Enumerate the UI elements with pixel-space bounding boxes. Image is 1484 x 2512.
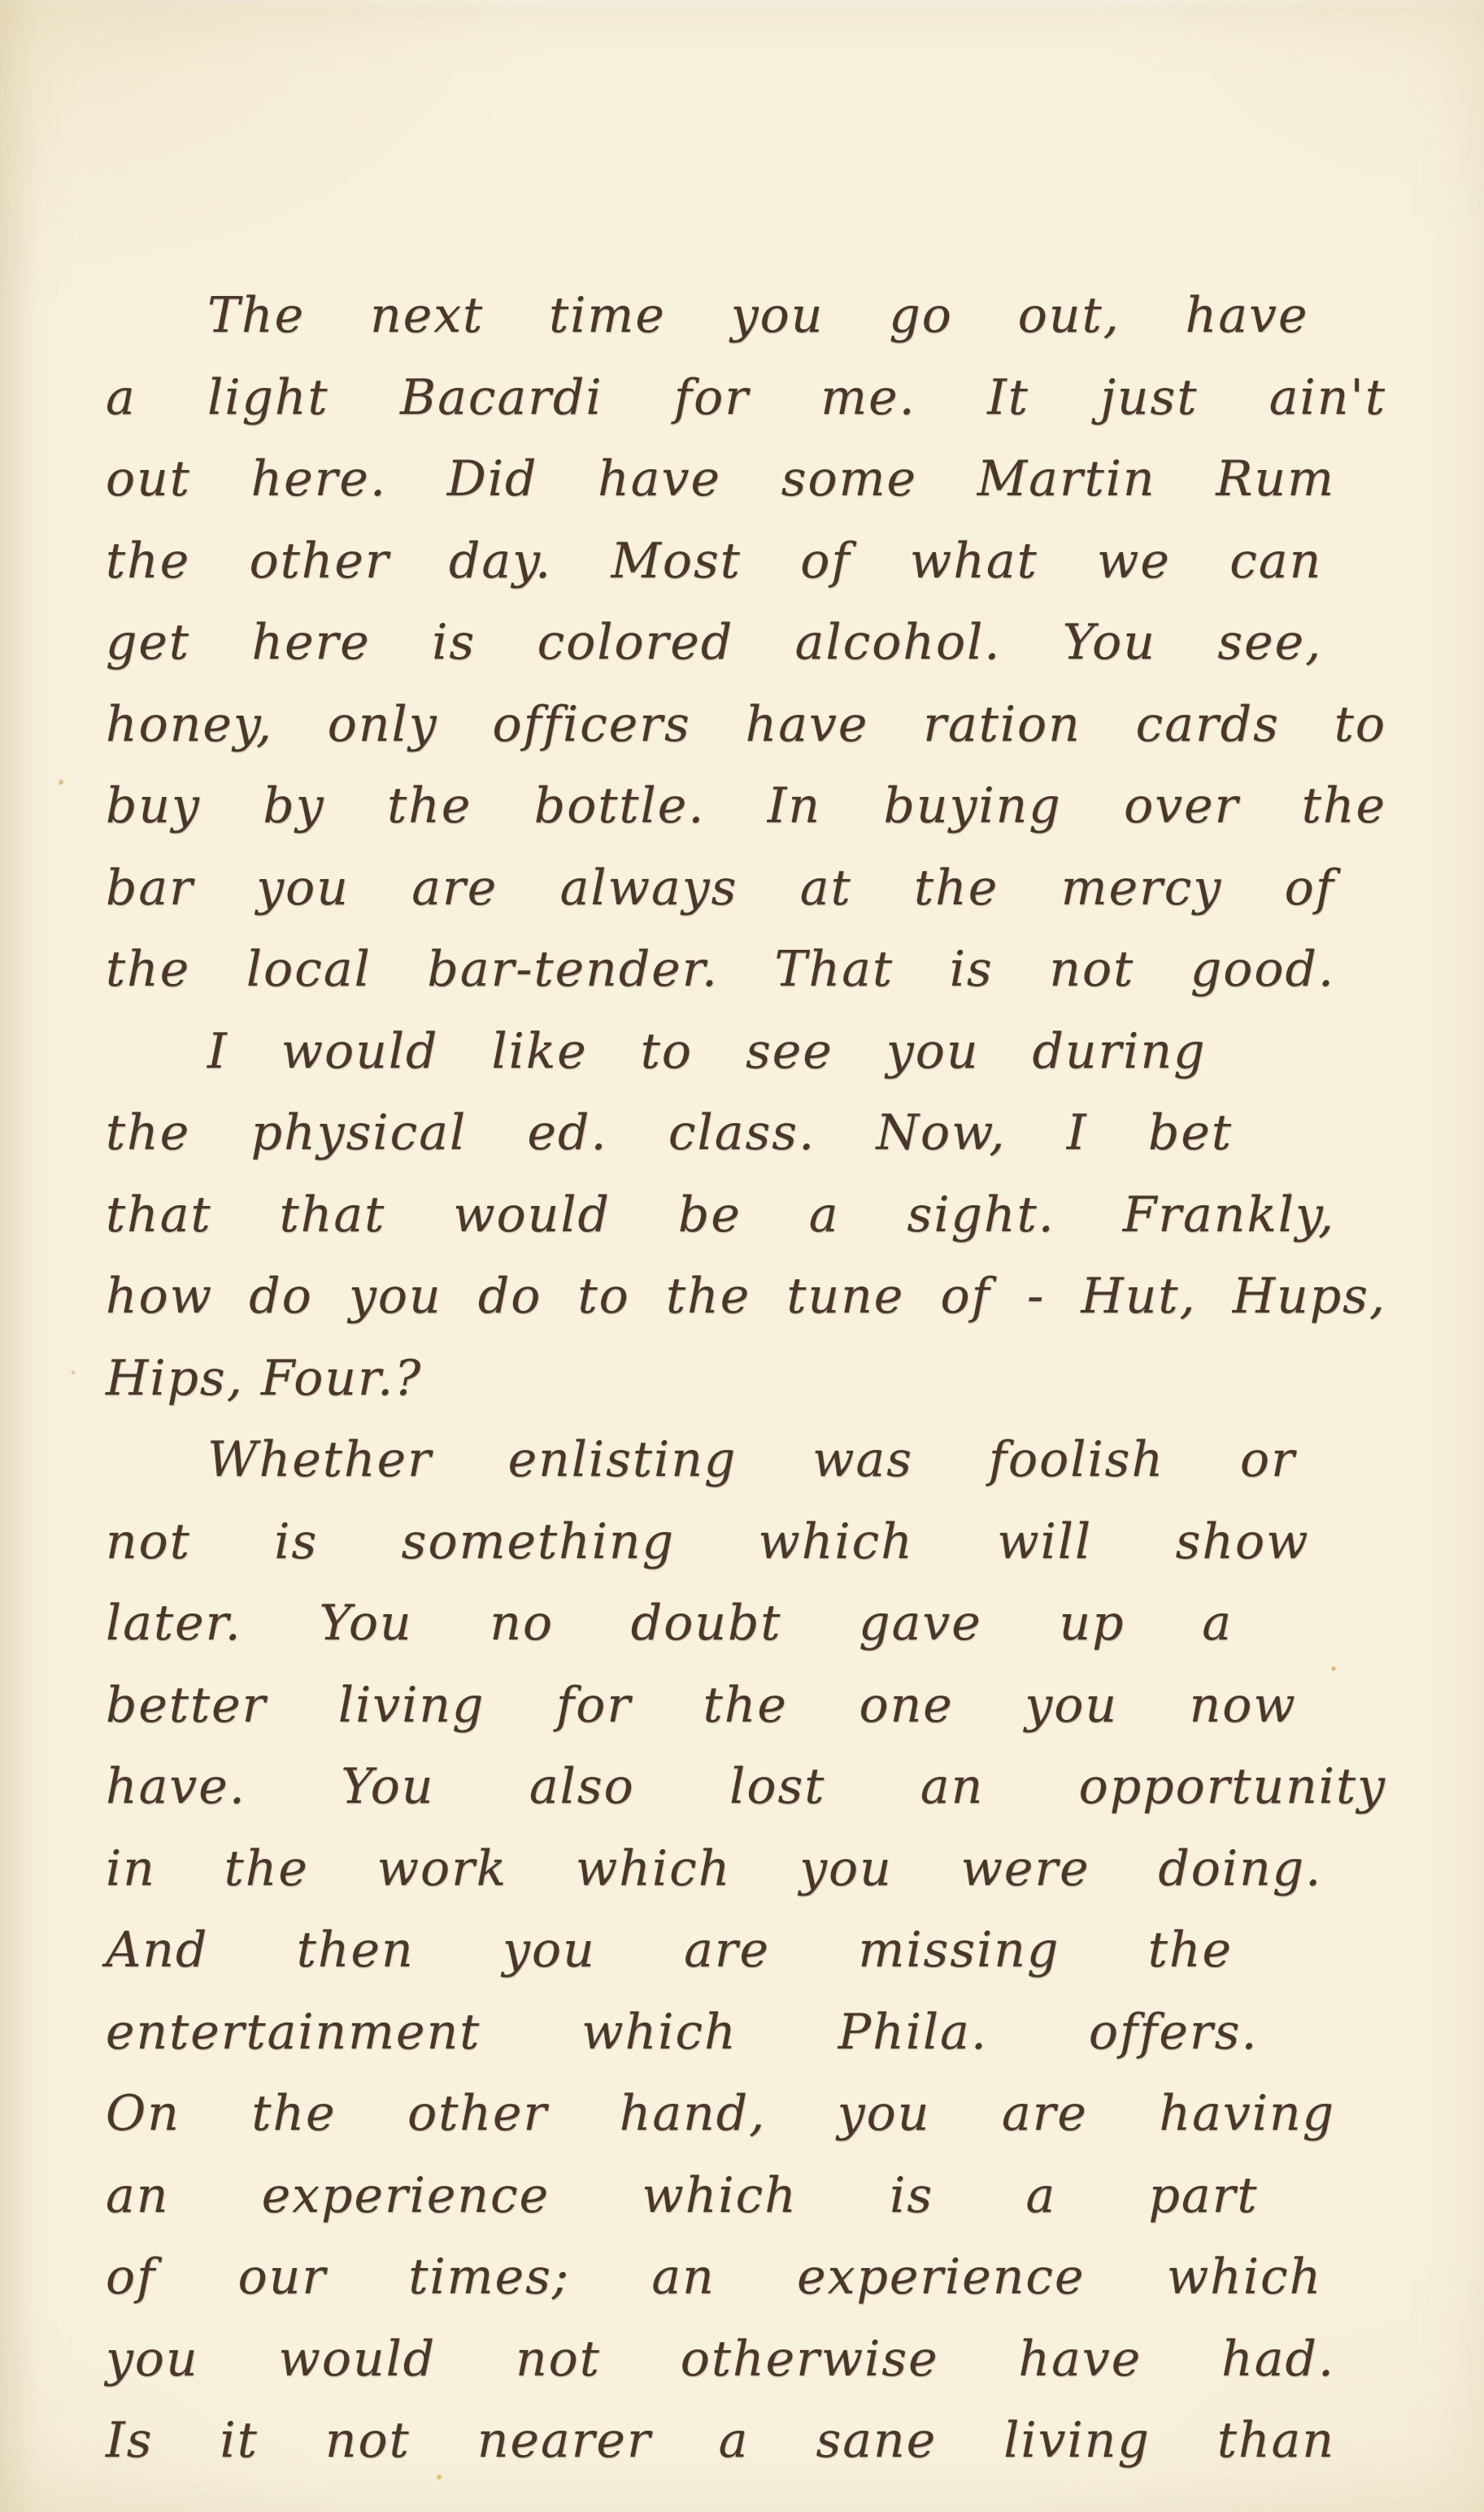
letter-line: the other day. Most of what we can [106, 520, 1322, 603]
letter-body: The next time you go out, have a light B… [106, 275, 1386, 2482]
letter-line: bar you are always at the mercy of [106, 847, 1335, 929]
letter-line: honey, only officers have ration cards t… [106, 684, 1386, 766]
letter-line: a light Bacardi for me. It just ain't [106, 357, 1386, 439]
letter-line: you would not otherwise have had. [106, 2318, 1335, 2401]
letter-line: And then you are missing the [106, 1909, 1233, 1992]
letter-line: how do you do to the tune of - Hut, Hups… [106, 1256, 1386, 1338]
letter-line: out here. Did have some Martin Rum [106, 438, 1335, 520]
letter-line: I would like to see you during [207, 1011, 1207, 1093]
letter-line: an experience which is a part [106, 2155, 1259, 2237]
letter-line: the physical ed. class. Now, I bet [106, 1092, 1233, 1174]
letter-line: Whether enlisting was foolish or [207, 1419, 1296, 1501]
letter-line: in the work which you were doing. [106, 1828, 1322, 1910]
letter-line: buy by the bottle. In buying over the [106, 765, 1386, 847]
letter-line: of our times; an experience which [106, 2236, 1322, 2318]
letter-line: Is it not nearer a sane living than [106, 2400, 1335, 2482]
letter-line: entertainment which Phila. offers. [106, 1992, 1259, 2074]
letter-line: On the other hand, you are having [106, 2073, 1335, 2155]
letter-line: later. You no doubt gave up a [106, 1583, 1233, 1665]
letter-line: better living for the one you now [106, 1665, 1297, 1747]
letter-line: the local bar-tender. That is not good. [106, 929, 1335, 1011]
letter-line: not is something which will show [106, 1501, 1310, 1583]
letter-page: The next time you go out, have a light B… [0, 0, 1484, 2512]
letter-line: The next time you go out, have [207, 275, 1309, 357]
letter-line: get here is colored alcohol. You see, [106, 602, 1322, 684]
letter-line: Hips, Four.? [106, 1338, 1386, 1420]
letter-line: have. You also lost an opportunity [106, 1746, 1386, 1828]
letter-line: that that would be a sight. Frankly, [106, 1174, 1335, 1256]
